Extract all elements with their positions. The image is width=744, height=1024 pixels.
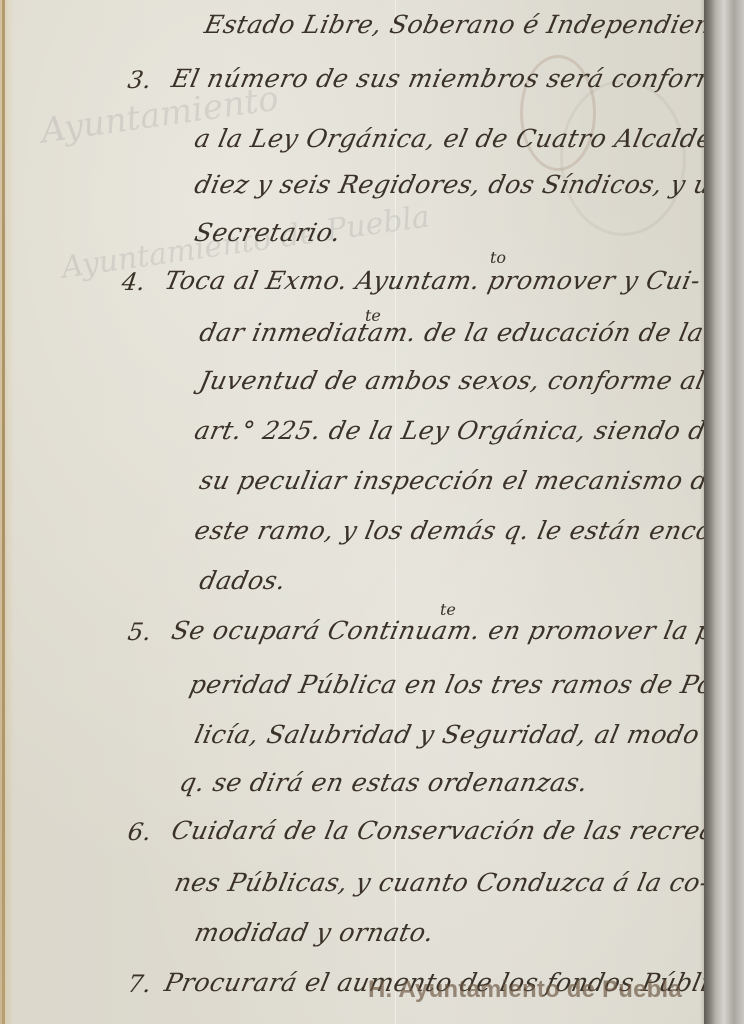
article-line: licía, Salubridad y Seguridad, al modo xyxy=(192,720,702,749)
article-line: este ramo, y los demás q. le están encom… xyxy=(192,516,744,545)
article-line: nes Públicas, y cuanto Conduzca á la co- xyxy=(172,868,712,897)
article-line: modidad y ornato. xyxy=(192,918,437,947)
article-line: Secretario. xyxy=(192,218,344,247)
article-line: El número de sus miembros será conforme xyxy=(169,64,739,93)
header-line: Estado Libre, Soberano é Independiente. xyxy=(202,10,744,39)
article-line: peridad Pública en los tres ramos de Po- xyxy=(187,670,725,699)
article-line: dados. xyxy=(197,566,289,595)
article-number: 5. xyxy=(126,618,153,646)
superscript: to xyxy=(490,248,506,267)
manuscript-text: Estado Libre, Soberano é Independiente. … xyxy=(0,0,712,1024)
article-number: 3. xyxy=(126,66,153,94)
article-line: Toca al Exmo. Ayuntam. promover y Cui- xyxy=(162,266,703,295)
article-number: 4. xyxy=(120,268,147,296)
article-number: 6. xyxy=(126,818,153,846)
article-line: q. se dirá en estas ordenanzas. xyxy=(177,768,591,797)
article-line: art.° 225. de la Ley Orgánica, siendo de xyxy=(192,416,724,445)
manuscript-scan: Ayuntamiento Ayuntamiento de Puebla Esta… xyxy=(0,0,744,1024)
article-line: dar inmediatam. de la educación de la xyxy=(197,318,707,347)
article-number: 7. xyxy=(126,970,153,998)
article-line: Cuidará de la Conservación de las recrea… xyxy=(169,816,744,845)
book-binding-cloth xyxy=(704,0,744,1024)
article-line: a la Ley Orgánica, el de Cuatro Alcaldes xyxy=(192,124,729,153)
article-line: Se ocupará Continuam. en promover la pro… xyxy=(169,616,744,645)
article-line: su peculiar inspección el mecanismo de xyxy=(197,466,726,495)
archive-watermark: H. Ayuntamiento de Puebla xyxy=(368,976,682,1004)
article-line: diez y seis Regidores, dos Síndicos, y u… xyxy=(192,170,730,199)
article-line: Juventud de ambos sexos, conforme al xyxy=(197,366,708,395)
